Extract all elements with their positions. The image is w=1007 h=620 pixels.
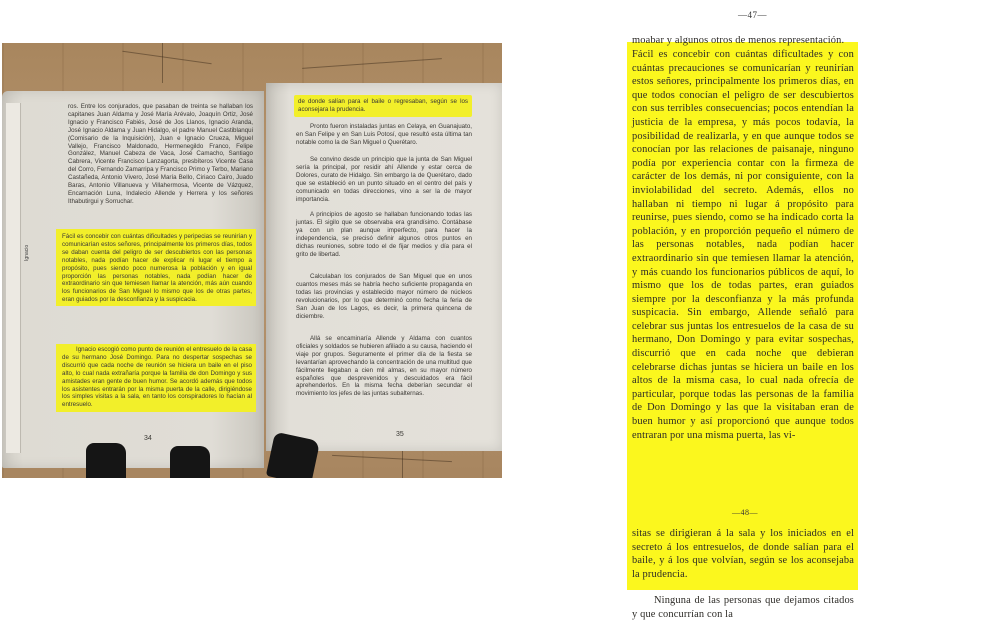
right-page-paragraph-3: A principios de agosto se hallaban funci… [296,211,472,258]
wood-grain [122,51,211,65]
binder-clip [170,446,210,478]
folio-top: —47— [738,10,767,20]
right-page-highlight: de donde salían para el baile o regresab… [294,95,472,117]
wood-grain [302,58,442,69]
right-page-paragraph-5: Allá se encaminaría Allende y Aldama con… [296,335,472,398]
scan-highlighted-text-continued: sitas se dirigieran á la sala y los inic… [632,527,854,581]
left-page-highlight-2: Ignacio escogió como punto de reunión el… [56,344,256,412]
page-stack-edge [6,103,21,453]
scan-text-before-highlight: moabar y algunos otros de menos represen… [632,34,854,48]
page-number-right: 35 [396,431,404,438]
left-page-highlight-1: Fácil es concebir con cuántas dificultad… [56,229,256,306]
scanned-page: —47— moabar y algunos otros de menos rep… [620,0,870,620]
open-book: Ignacio ros. Entre los conjurados, que p… [2,83,502,463]
binder-clip [266,432,320,478]
margin-tab: Ignacio [24,245,30,261]
book-page-left: Ignacio ros. Entre los conjurados, que p… [2,91,264,468]
left-page-text-top: ros. Entre los conjurados, que pasaban d… [68,103,253,206]
right-page-paragraph-2: Se convino desde un principio que la jun… [296,156,472,203]
book-page-right: de donde salían para el baile o regresab… [266,83,502,451]
folio-middle: —48— [732,508,758,517]
wood-grain [162,43,163,83]
scan-text-after-highlight: Ninguna de las personas que dejamos cita… [632,594,854,620]
book-photograph: Ignacio ros. Entre los conjurados, que p… [2,43,502,478]
scan-highlighted-text: Fácil es concebir con cuántas dificultad… [632,48,854,442]
binder-clip [86,443,126,478]
right-page-paragraph-1: Pronto fueron instaladas juntas en Celay… [296,123,472,147]
page-number-left: 34 [144,435,152,442]
right-page-paragraph-4: Calculaban los conjurados de San Miguel … [296,273,472,320]
